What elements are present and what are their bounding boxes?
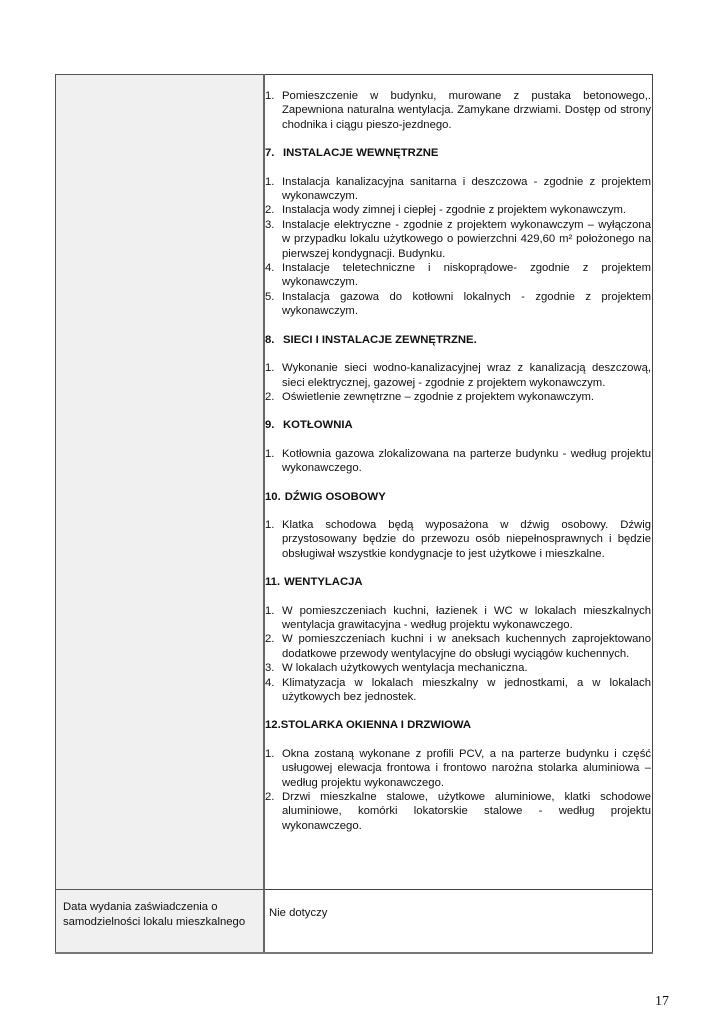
section-heading: 7.INSTALACJE WEWNĘTRZNE — [265, 146, 652, 160]
list-item-text: Okna zostaną wykonane z profili PCV, a n… — [282, 747, 652, 790]
section-heading: 10.DŹWIG OSOBOWY — [265, 490, 652, 504]
list-item-text: Instalacja gazowa do kotłowni lokalnych … — [282, 290, 652, 319]
label-cell: Data wydania zaświadczenia o samodzielno… — [56, 890, 265, 954]
list-item: 5.Instalacja gazowa do kotłowni lokalnyc… — [265, 290, 652, 319]
list-item: 1.Instalacja kanalizacyjna sanitarna i d… — [265, 175, 652, 204]
list-item-text: W pomieszczeniach kuchni i w aneksach ku… — [282, 632, 652, 661]
table-row: 1.Pomieszczenie w budynku, murowane z pu… — [56, 75, 653, 890]
section-title: DŹWIG OSOBOWY — [285, 490, 386, 504]
list-item: 1.Kotłownia gazowa zlokalizowana na part… — [265, 447, 652, 476]
list-item-text: Instalacja wody zimnej i ciepłej - zgodn… — [282, 203, 652, 217]
list-item-number: 1. — [265, 604, 282, 633]
section-heading: 8.SIECI I INSTALACJE ZEWNĘTRZNE. — [265, 333, 652, 347]
section-number: 7. — [265, 146, 283, 160]
list-item: 2.Instalacja wody zimnej i ciepłej - zgo… — [265, 203, 652, 217]
list-item-text: Kotłownia gazowa zlokalizowana na parter… — [282, 447, 652, 476]
section-number: 8. — [265, 333, 283, 347]
row-label: Data wydania zaświadczenia o samodzielno… — [56, 890, 263, 930]
label-cell-empty — [56, 75, 265, 890]
list-item-text: Drzwi mieszkalne stalowe, użytkowe alumi… — [282, 790, 652, 833]
list-item-number: 1. — [265, 518, 282, 561]
list-item: 1.Klatka schodowa będą wyposażona w dźwi… — [265, 518, 652, 561]
list-item: 4.Klimatyzacja w lokalach mieszkalny w j… — [265, 676, 652, 705]
list-item-number: 4. — [265, 261, 282, 290]
list-item-text: W lokalach użytkowych wentylacja mechani… — [282, 661, 652, 675]
list-item-text: W pomieszczeniach kuchni, łazienek i WC … — [282, 604, 652, 633]
list-item-text: Klatka schodowa będą wyposażona w dźwig … — [282, 518, 652, 561]
spec-content: 1.Pomieszczenie w budynku, murowane z pu… — [265, 75, 652, 833]
list-item-number: 3. — [265, 218, 282, 261]
section-title: INSTALACJE WEWNĘTRZNE — [283, 146, 438, 160]
list-item-text: Oświetlenie zewnętrzne – zgodnie z proje… — [282, 390, 652, 404]
section-number: 11. — [265, 575, 284, 589]
numbered-list: 1.Klatka schodowa będą wyposażona w dźwi… — [265, 518, 652, 561]
list-item-number: 3. — [265, 661, 282, 675]
list-item-text: Wykonanie sieci wodno-kanalizacyjnej wra… — [282, 361, 652, 390]
section-heading: 12.STOLARKA OKIENNA I DRZWIOWA — [265, 718, 652, 732]
document-page: 1.Pomieszczenie w budynku, murowane z pu… — [0, 0, 723, 1024]
list-item-number: 1. — [265, 747, 282, 790]
list-item-text: Pomieszczenie w budynku, murowane z pust… — [282, 89, 652, 132]
row-value: Nie dotyczy — [265, 890, 652, 921]
list-item: 1.Wykonanie sieci wodno-kanalizacyjnej w… — [265, 361, 652, 390]
section-title: KOTŁOWNIA — [283, 418, 353, 432]
list-item: 2.W pomieszczeniach kuchni i w aneksach … — [265, 632, 652, 661]
list-item-number: 1. — [265, 447, 282, 476]
list-item: 3.W lokalach użytkowych wentylacja mecha… — [265, 661, 652, 675]
list-item-text: Klimatyzacja w lokalach mieszkalny w jed… — [282, 676, 652, 705]
list-item: 1.Pomieszczenie w budynku, murowane z pu… — [265, 89, 652, 132]
list-item: 2.Drzwi mieszkalne stalowe, użytkowe alu… — [265, 790, 652, 833]
list-item-number: 5. — [265, 290, 282, 319]
table-row: Data wydania zaświadczenia o samodzielno… — [56, 890, 653, 954]
list-item-number: 2. — [265, 203, 282, 217]
section-title: WENTYLACJA — [284, 575, 362, 589]
section-heading: 9.KOTŁOWNIA — [265, 418, 652, 432]
list-item-number: 2. — [265, 790, 282, 833]
list-item-text: Instalacja kanalizacyjna sanitarna i des… — [282, 175, 652, 204]
section-number: 9. — [265, 418, 283, 432]
list-item-number: 1. — [265, 89, 282, 132]
numbered-list: 1.Kotłownia gazowa zlokalizowana na part… — [265, 447, 652, 476]
content-cell: 1.Pomieszczenie w budynku, murowane z pu… — [264, 75, 653, 890]
numbered-list: 1.Okna zostaną wykonane z profili PCV, a… — [265, 747, 652, 833]
list-item-text: Instalacje teletechniczne i niskoprądowe… — [282, 261, 652, 290]
list-item-number: 2. — [265, 632, 282, 661]
list-item-number: 4. — [265, 676, 282, 705]
section-title: SIECI I INSTALACJE ZEWNĘTRZNE. — [283, 333, 477, 347]
spec-table: 1.Pomieszczenie w budynku, murowane z pu… — [55, 74, 653, 954]
section-number: 12. — [265, 718, 281, 732]
numbered-list: 1.Instalacja kanalizacyjna sanitarna i d… — [265, 175, 652, 319]
section-title: STOLARKA OKIENNA I DRZWIOWA — [281, 718, 471, 732]
list-item: 4.Instalacje teletechniczne i niskoprądo… — [265, 261, 652, 290]
list-item-number: 1. — [265, 361, 282, 390]
list-item: 3.Instalacje elektryczne - zgodnie z pro… — [265, 218, 652, 261]
numbered-list: 1.W pomieszczeniach kuchni, łazienek i W… — [265, 604, 652, 705]
numbered-list: 1.Wykonanie sieci wodno-kanalizacyjnej w… — [265, 361, 652, 404]
list-item-number: 2. — [265, 390, 282, 404]
section-number: 10. — [265, 490, 285, 504]
list-item: 2.Oświetlenie zewnętrzne – zgodnie z pro… — [265, 390, 652, 404]
value-cell: Nie dotyczy — [264, 890, 653, 954]
list-item: 1.Okna zostaną wykonane z profili PCV, a… — [265, 747, 652, 790]
list-item: 1.W pomieszczeniach kuchni, łazienek i W… — [265, 604, 652, 633]
section-heading: 11.WENTYLACJA — [265, 575, 652, 589]
numbered-list: 1.Pomieszczenie w budynku, murowane z pu… — [265, 89, 652, 132]
page-number: 17 — [655, 994, 669, 1010]
list-item-number: 1. — [265, 175, 282, 204]
list-item-text: Instalacje elektryczne - zgodnie z proje… — [282, 218, 652, 261]
